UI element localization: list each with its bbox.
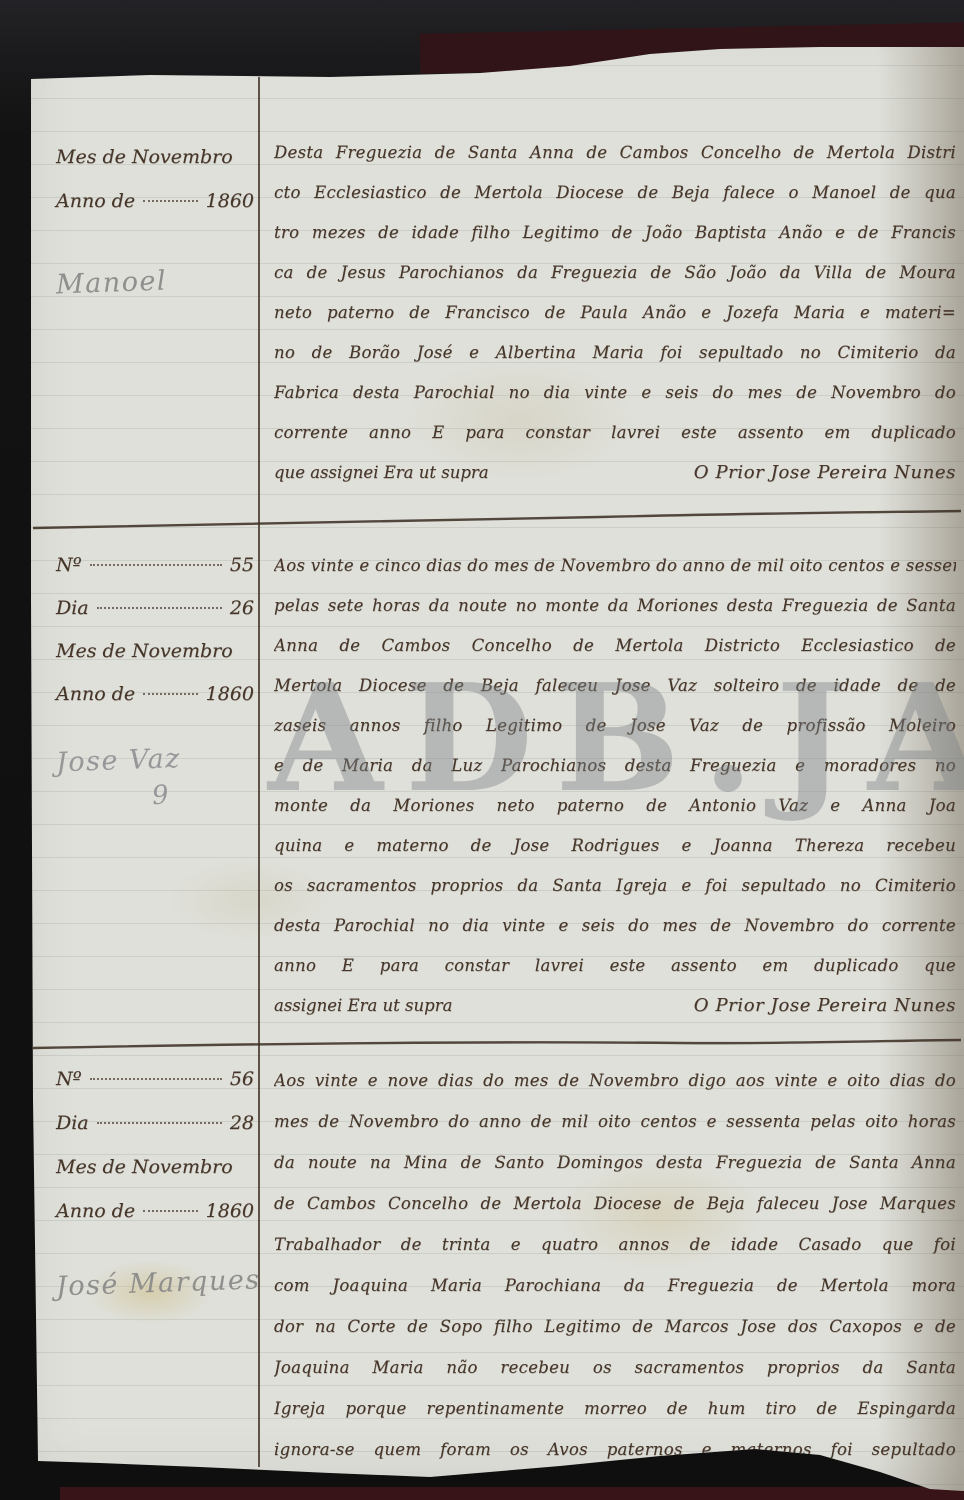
- record-line: Trabalhador de trinta e quatro annos de …: [274, 1224, 956, 1265]
- book-edge-shadow-bottom: [60, 1487, 964, 1500]
- record-line: desta Parochial no dia vinte e seis do m…: [274, 906, 956, 946]
- margin-year-label: Anno de: [56, 1194, 135, 1228]
- record-line: os sacramentos proprios da Santa Igreja …: [274, 866, 956, 906]
- pencil-digit: 9: [55, 774, 255, 818]
- margin-day-field: Dia 28: [56, 1106, 254, 1150]
- margin-day-value: 26: [230, 591, 254, 625]
- margin-day-field: Dia 26: [56, 591, 254, 634]
- record-line: neto paterno de Francisco de Paula Anão …: [274, 293, 956, 333]
- record-line: corrente anno E para constar lavrei este…: [274, 413, 956, 453]
- margin-year-label: Anno de: [56, 677, 135, 711]
- record-line: Anna de Cambos Concelho de Mertola Distr…: [274, 626, 956, 666]
- margin-year-value: 1860: [206, 677, 254, 711]
- prior-signature: O Prior Jose Pereira Nunes: [694, 986, 956, 1026]
- record-line: quina e materno de Jose Rodrigues e Joan…: [274, 826, 956, 866]
- record-line: de Cambos Concelho de Mertola Diocese de…: [274, 1183, 956, 1224]
- record-3-margin: Nº 56 Dia 28 Mes de Novembro Anno de 186…: [56, 1062, 254, 1299]
- record-closing-line: que assignei Era ut supra O Prior Jose P…: [274, 453, 956, 493]
- record-line: mes de Novembro do anno de mil oito cent…: [274, 1101, 956, 1142]
- margin-year-field: Anno de 1860: [56, 1194, 254, 1238]
- dotted-leader: [143, 200, 198, 202]
- margin-divider-line: [258, 77, 260, 1467]
- pencil-name: Manoel: [56, 263, 255, 301]
- record-line: cto Ecclesiastico de Mertola Diocese de …: [274, 173, 956, 213]
- margin-day-value: 28: [230, 1106, 254, 1140]
- margin-day-label: Dia: [56, 1106, 89, 1140]
- record-line: monte da Moriones neto paterno de Antoni…: [274, 786, 956, 826]
- margin-number-value: 56: [230, 1062, 254, 1096]
- pencil-name: José Marques: [56, 1265, 255, 1303]
- record-3-body: Aos vinte e nove dias do mes de Novembro…: [274, 1060, 956, 1470]
- record-line: ca de Jesus Parochianos da Freguezia de …: [274, 253, 956, 293]
- record-line: dor na Corte de Sopo filho Legitimo de M…: [274, 1306, 956, 1347]
- record-line: Desta Freguezia de Santa Anna de Cambos …: [274, 133, 956, 173]
- record-line: com Joaquina Maria Parochiana da Freguez…: [274, 1265, 956, 1306]
- margin-number-label: Nº: [56, 1062, 82, 1096]
- margin-number-field: Nº 55: [56, 548, 254, 591]
- record-line: tro mezes de idade filho Legitimo de Joã…: [274, 213, 956, 253]
- margin-year-label: Anno de: [56, 184, 135, 218]
- record-line: da noute na Mina de Santo Domingos desta…: [274, 1142, 956, 1183]
- dotted-leader: [90, 564, 222, 566]
- margin-year-value: 1860: [206, 1194, 254, 1228]
- record-line: zaseis annos filho Legitimo de Jose Vaz …: [274, 706, 956, 746]
- dotted-leader: [143, 1210, 198, 1212]
- record-line: Mertola Diocese de Beja faleceu Jose Vaz…: [274, 666, 956, 706]
- record-line: Aos vinte e cinco dias do mes de Novembr…: [274, 546, 956, 586]
- dotted-leader: [97, 607, 222, 609]
- pencil-name: Jose Vaz: [56, 741, 255, 779]
- record-2-margin: Nº 55 Dia 26 Mes de Novembro Anno de 186…: [56, 548, 254, 811]
- margin-year-field: Anno de 1860: [56, 184, 254, 228]
- prior-signature: O Prior Jose Pereira Nunes: [694, 453, 956, 493]
- record-line: Joaquina Maria não recebeu os sacramento…: [274, 1347, 956, 1388]
- closing-formula: que assignei Era ut supra: [274, 453, 489, 493]
- scanned-register-photo: Mes de Novembro Anno de 1860 Manoel Dest…: [0, 0, 964, 1500]
- margin-month: Mes de Novembro: [56, 1150, 254, 1194]
- record-1-body: Desta Freguezia de Santa Anna de Cambos …: [274, 133, 956, 493]
- record-line: ignora-se quem foram os Avos paternos e …: [274, 1429, 956, 1470]
- margin-number-label: Nº: [56, 548, 82, 582]
- record-line: Fabrica desta Parochial no dia vinte e s…: [274, 373, 956, 413]
- dotted-leader: [90, 1078, 222, 1080]
- closing-formula: assignei Era ut supra: [274, 986, 452, 1026]
- record-line: e de Maria da Luz Parochianos desta Freg…: [274, 746, 956, 786]
- record-line: Igreja porque repentinamente morreo de h…: [274, 1388, 956, 1429]
- record-line: no de Borão José e Albertina Maria foi s…: [274, 333, 956, 373]
- record-line: Aos vinte e nove dias do mes de Novembro…: [274, 1060, 956, 1101]
- margin-year-field: Anno de 1860: [56, 677, 254, 720]
- record-closing-line: assignei Era ut supra O Prior Jose Perei…: [274, 986, 956, 1026]
- record-1-margin: Mes de Novembro Anno de 1860 Manoel: [56, 140, 254, 297]
- margin-number-field: Nº 56: [56, 1062, 254, 1106]
- record-line: anno E para constar lavrei este assento …: [274, 946, 956, 986]
- margin-month: Mes de Novembro: [56, 634, 254, 677]
- margin-day-label: Dia: [56, 591, 89, 625]
- margin-month: Mes de Novembro: [56, 140, 254, 184]
- margin-number-value: 55: [230, 548, 254, 582]
- dotted-leader: [143, 693, 198, 695]
- record-line: pelas sete horas da noute no monte da Mo…: [274, 586, 956, 626]
- dotted-leader: [97, 1122, 222, 1124]
- register-page: Mes de Novembro Anno de 1860 Manoel Dest…: [0, 0, 964, 1500]
- record-2-body: Aos vinte e cinco dias do mes de Novembr…: [274, 546, 956, 1026]
- margin-year-value: 1860: [206, 184, 254, 218]
